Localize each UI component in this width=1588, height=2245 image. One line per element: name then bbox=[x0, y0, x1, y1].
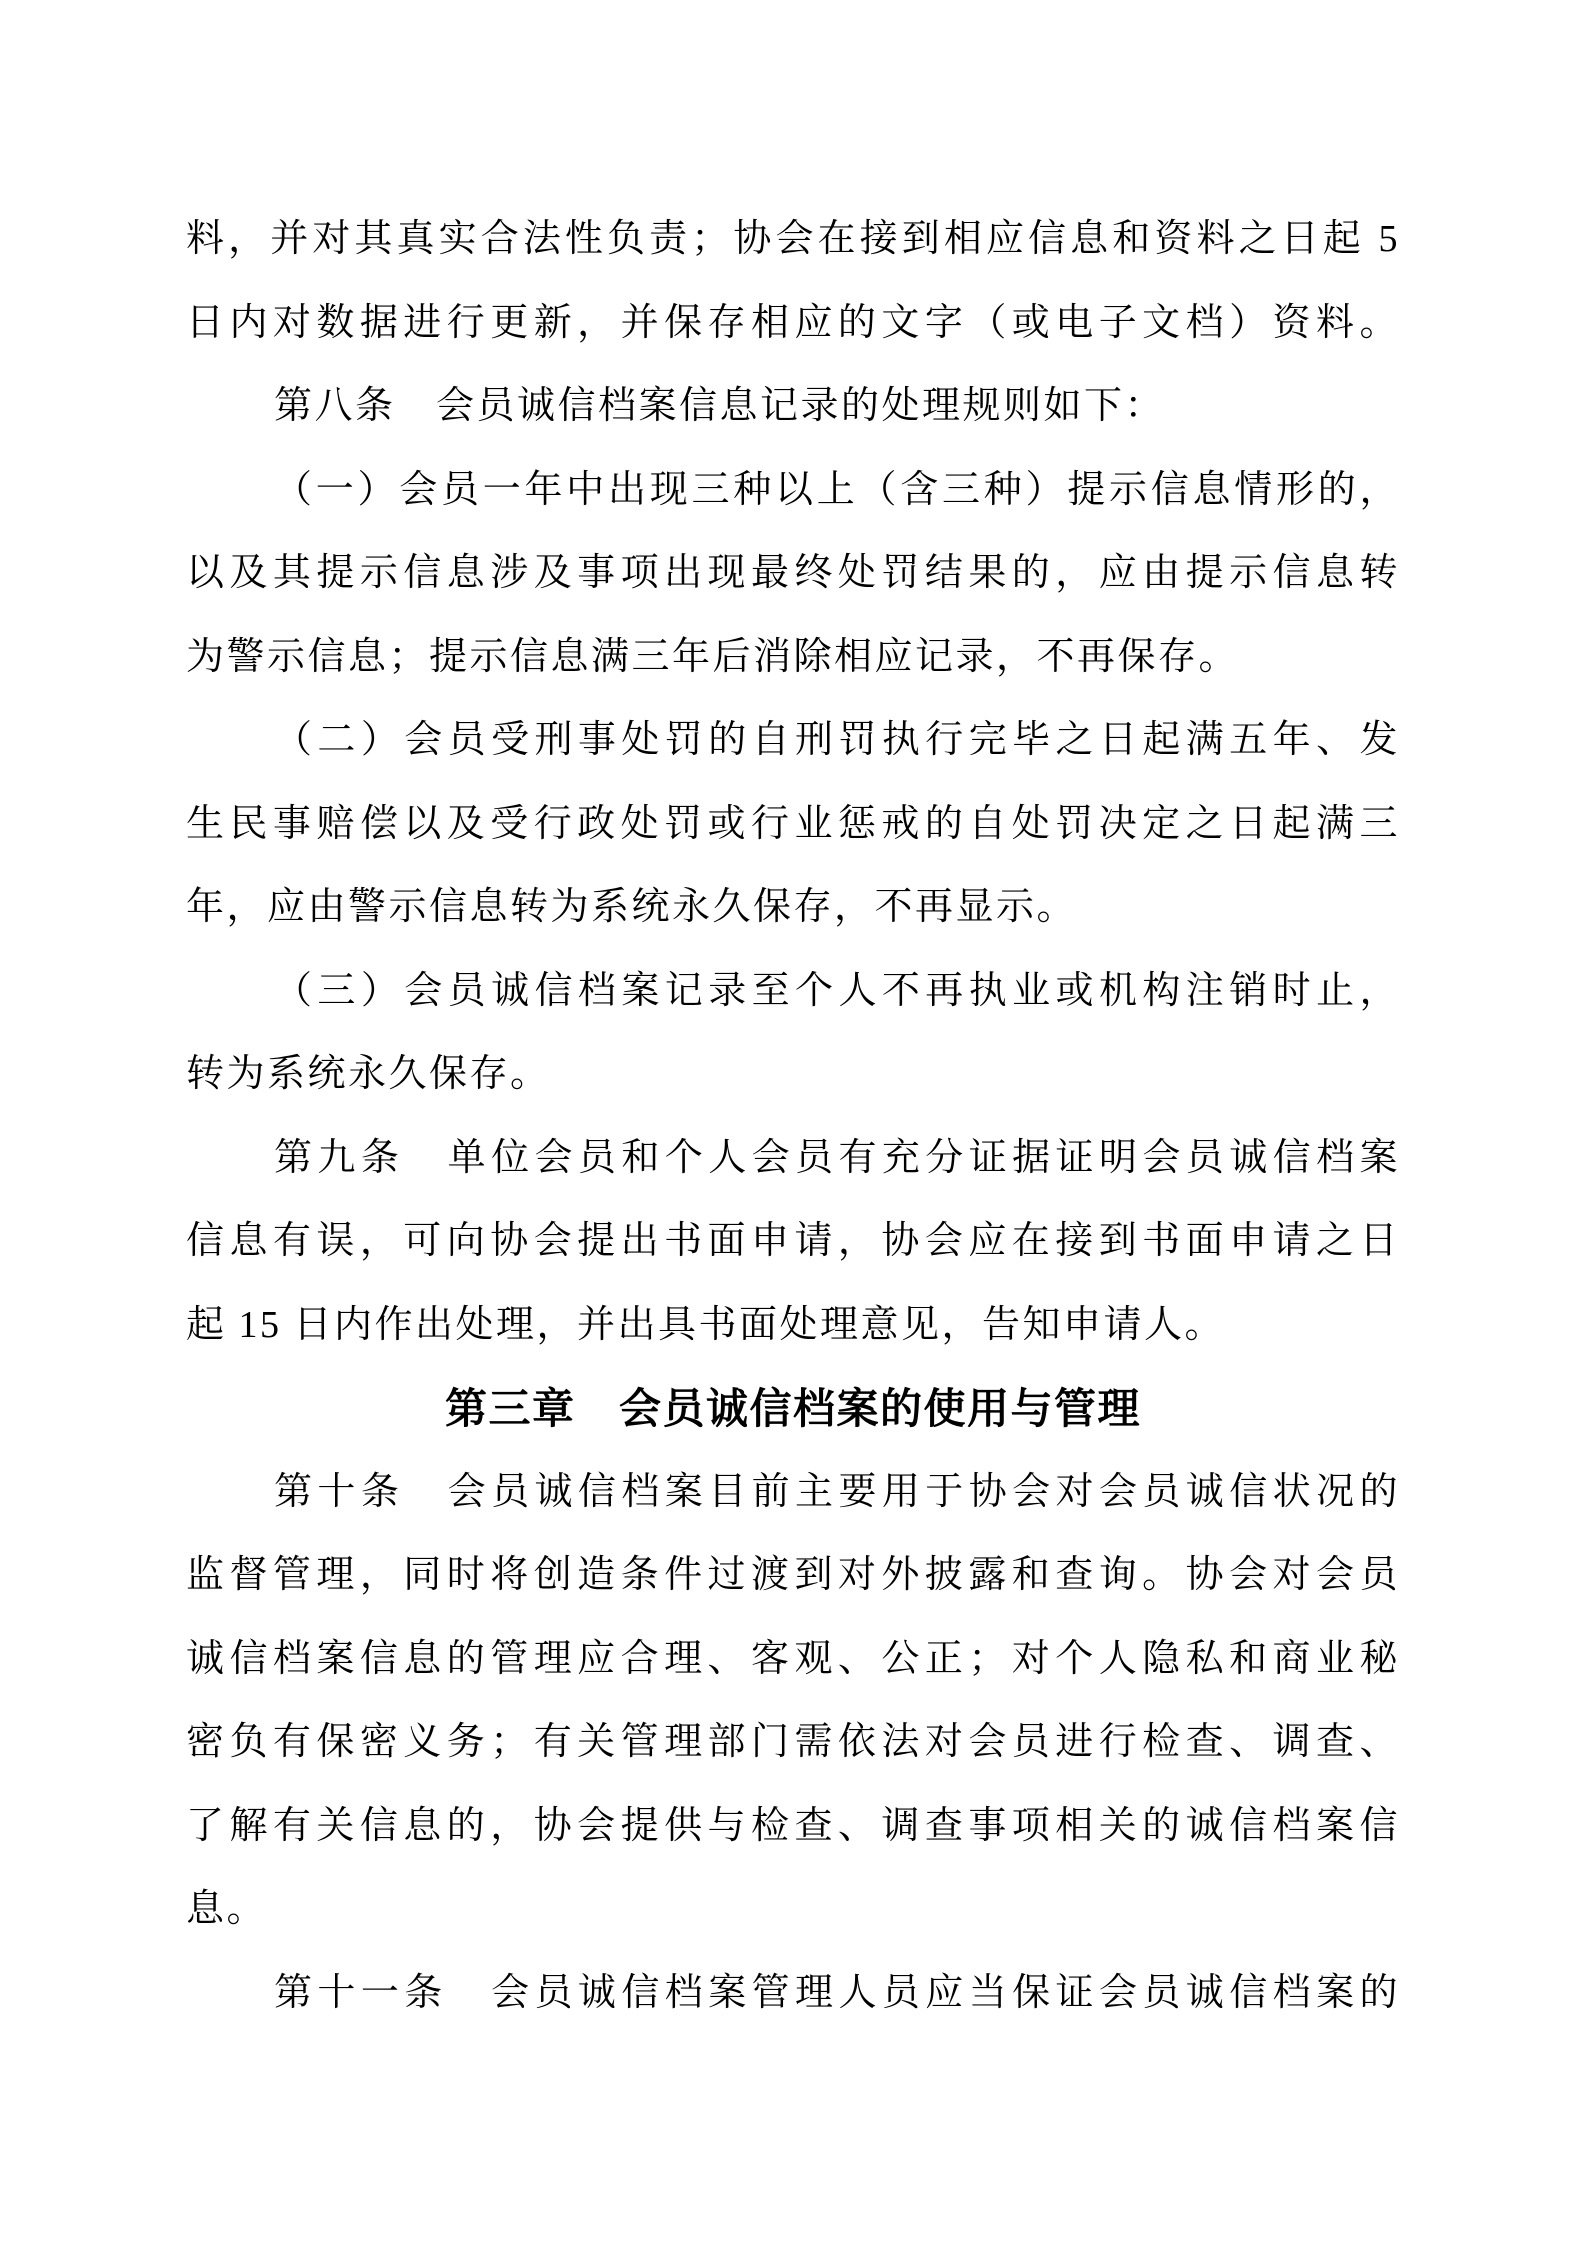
text-line-17: 监督管理，同时将创造条件过渡到对外披露和查询。协会对会员 bbox=[186, 1534, 1400, 1618]
text-line-7: （二）会员受刑事处罚的自刑罚执行完毕之日起满五年、发 bbox=[186, 699, 1400, 783]
document-body: 料，并对其真实合法性负责；协会在接到相应信息和资料之日起 5日内对数据进行更新，… bbox=[186, 198, 1400, 2035]
document-page: 料，并对其真实合法性负责；协会在接到相应信息和资料之日起 5日内对数据进行更新，… bbox=[0, 0, 1588, 2245]
text-line-3: 第八条 会员诚信档案信息记录的处理规则如下： bbox=[186, 365, 1400, 449]
text-line-19: 密负有保密义务；有关管理部门需依法对会员进行检查、调查、 bbox=[186, 1701, 1400, 1785]
text-line-13: 信息有误，可向协会提出书面申请，协会应在接到书面申请之日 bbox=[186, 1200, 1400, 1284]
text-line-20: 了解有关信息的，协会提供与检查、调查事项相关的诚信档案信 bbox=[186, 1785, 1400, 1869]
text-line-5: 以及其提示信息涉及事项出现最终处罚结果的，应由提示信息转 bbox=[186, 532, 1400, 616]
text-line-1: 料，并对其真实合法性负责；协会在接到相应信息和资料之日起 5 bbox=[186, 198, 1400, 282]
text-line-6: 为警示信息；提示信息满三年后消除相应记录，不再保存。 bbox=[186, 616, 1400, 700]
text-line-2: 日内对数据进行更新，并保存相应的文字（或电子文档）资料。 bbox=[186, 282, 1400, 366]
text-line-9: 年，应由警示信息转为系统永久保存，不再显示。 bbox=[186, 866, 1400, 950]
text-line-4: （一）会员一年中出现三种以上（含三种）提示信息情形的， bbox=[186, 449, 1400, 533]
text-line-11: 转为系统永久保存。 bbox=[186, 1033, 1400, 1117]
chapter-heading: 第三章 会员诚信档案的使用与管理 bbox=[186, 1367, 1400, 1451]
text-line-18: 诚信档案信息的管理应合理、客观、公正；对个人隐私和商业秘 bbox=[186, 1618, 1400, 1702]
text-line-8: 生民事赔偿以及受行政处罚或行业惩戒的自处罚决定之日起满三 bbox=[186, 783, 1400, 867]
text-line-12: 第九条 单位会员和个人会员有充分证据证明会员诚信档案 bbox=[186, 1117, 1400, 1201]
text-line-22: 第十一条 会员诚信档案管理人员应当保证会员诚信档案的 bbox=[186, 1952, 1400, 2036]
text-line-10: （三）会员诚信档案记录至个人不再执业或机构注销时止， bbox=[186, 950, 1400, 1034]
text-line-16: 第十条 会员诚信档案目前主要用于协会对会员诚信状况的 bbox=[186, 1451, 1400, 1535]
text-line-14: 起 15 日内作出处理，并出具书面处理意见，告知申请人。 bbox=[186, 1284, 1400, 1368]
text-line-21: 息。 bbox=[186, 1868, 1400, 1952]
